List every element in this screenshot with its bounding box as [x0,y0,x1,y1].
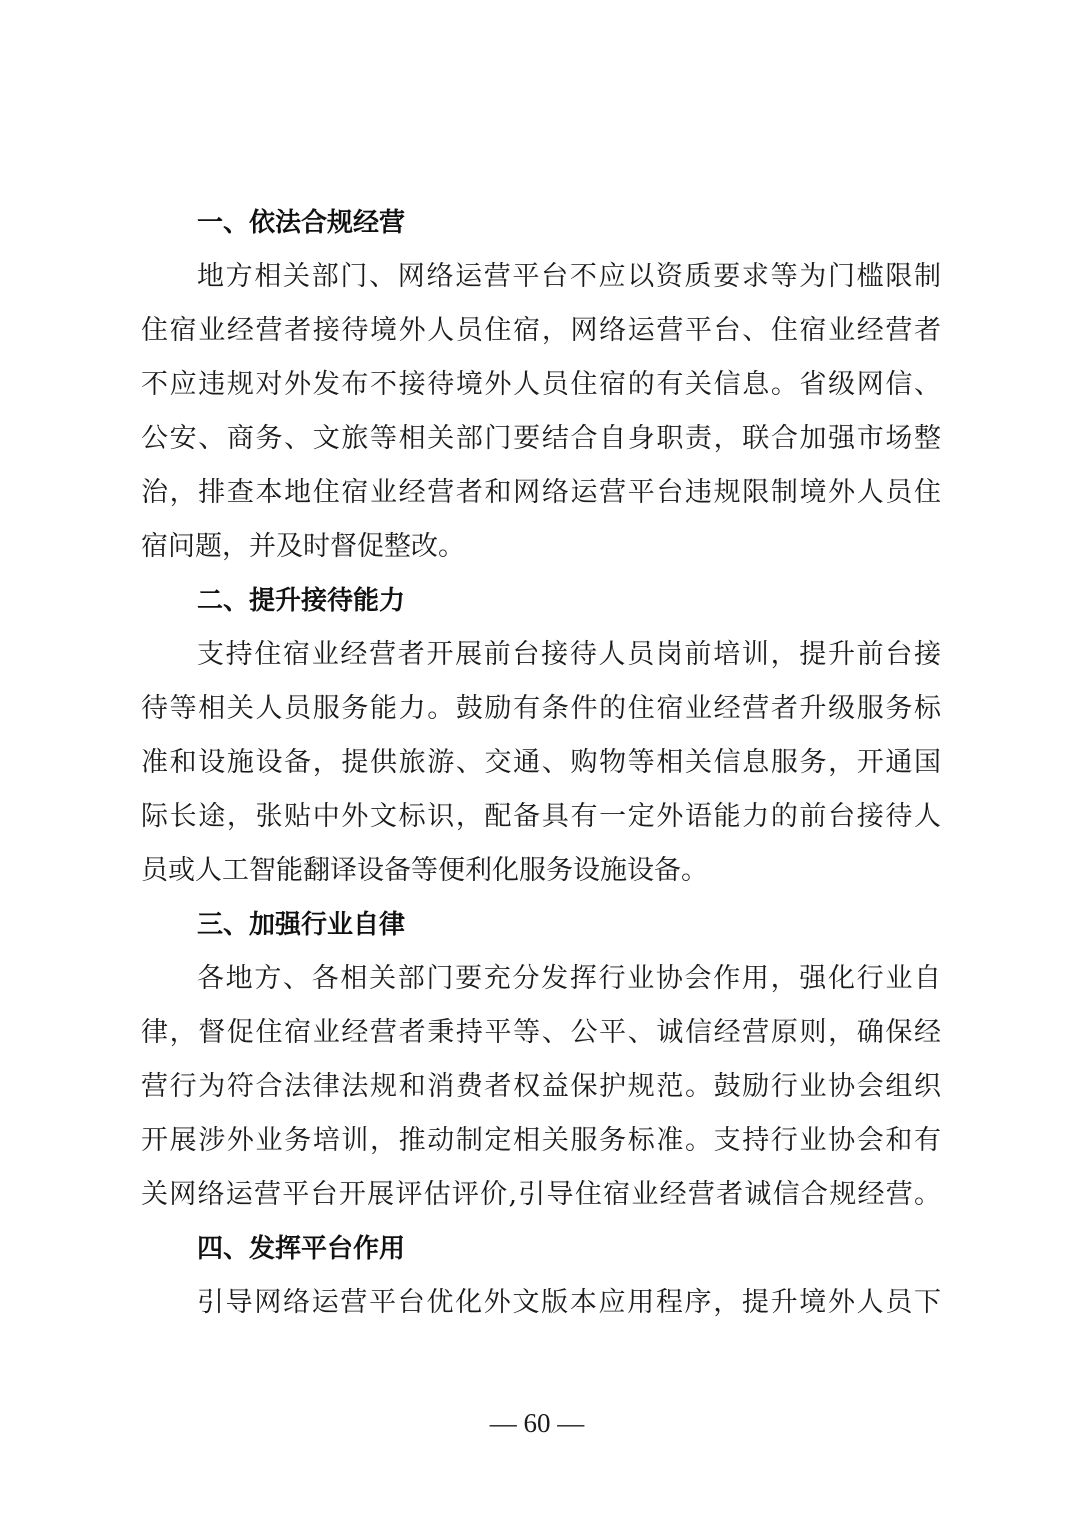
paragraph-line: 律，督促住宿业经营者秉持平等、公平、诚信经营原则，确保经 [141,1006,941,1060]
section-heading-4: 四、发挥平台作用 [197,1222,405,1276]
paragraph-line: 各地方、各相关部门要充分发挥行业协会作用，强化行业自 [197,952,941,1006]
paragraph-line: 住宿业经营者接待境外人员住宿，网络运营平台、住宿业经营者 [141,304,941,358]
paragraph-line: 准和设施设备，提供旅游、交通、购物等相关信息服务，开通国 [141,736,941,790]
paragraph-line: 不应违规对外发布不接待境外人员住宿的有关信息。省级网信、 [141,358,941,412]
section-heading-2: 二、提升接待能力 [197,574,405,628]
paragraph-line: 员或人工智能翻译设备等便利化服务设施设备。 [141,844,941,898]
page-number: — 60 — [0,1403,1074,1443]
paragraph-line: 地方相关部门、网络运营平台不应以资质要求等为门槛限制 [197,250,941,304]
section-heading-3: 三、加强行业自律 [197,898,405,952]
paragraph-line: 营行为符合法律法规和消费者权益保护规范。鼓励行业协会组织 [141,1060,941,1114]
paragraph-line: 治，排查本地住宿业经营者和网络运营平台违规限制境外人员住 [141,466,941,520]
paragraph-line: 支持住宿业经营者开展前台接待人员岗前培训，提升前台接 [197,628,941,682]
paragraph-line: 关网络运营平台开展评估评价,引导住宿业经营者诚信合规经营。 [141,1168,941,1222]
paragraph-line: 公安、商务、文旅等相关部门要结合自身职责，联合加强市场整 [141,412,941,466]
paragraph-line: 开展涉外业务培训，推动制定相关服务标准。支持行业协会和有 [141,1114,941,1168]
section-heading-1: 一、依法合规经营 [197,196,405,250]
paragraph-line: 宿问题，并及时督促整改。 [141,520,941,574]
paragraph-line: 际长途，张贴中外文标识，配备具有一定外语能力的前台接待人 [141,790,941,844]
paragraph-line: 待等相关人员服务能力。鼓励有条件的住宿业经营者升级服务标 [141,682,941,736]
paragraph-line: 引导网络运营平台优化外文版本应用程序，提升境外人员下 [197,1276,941,1330]
